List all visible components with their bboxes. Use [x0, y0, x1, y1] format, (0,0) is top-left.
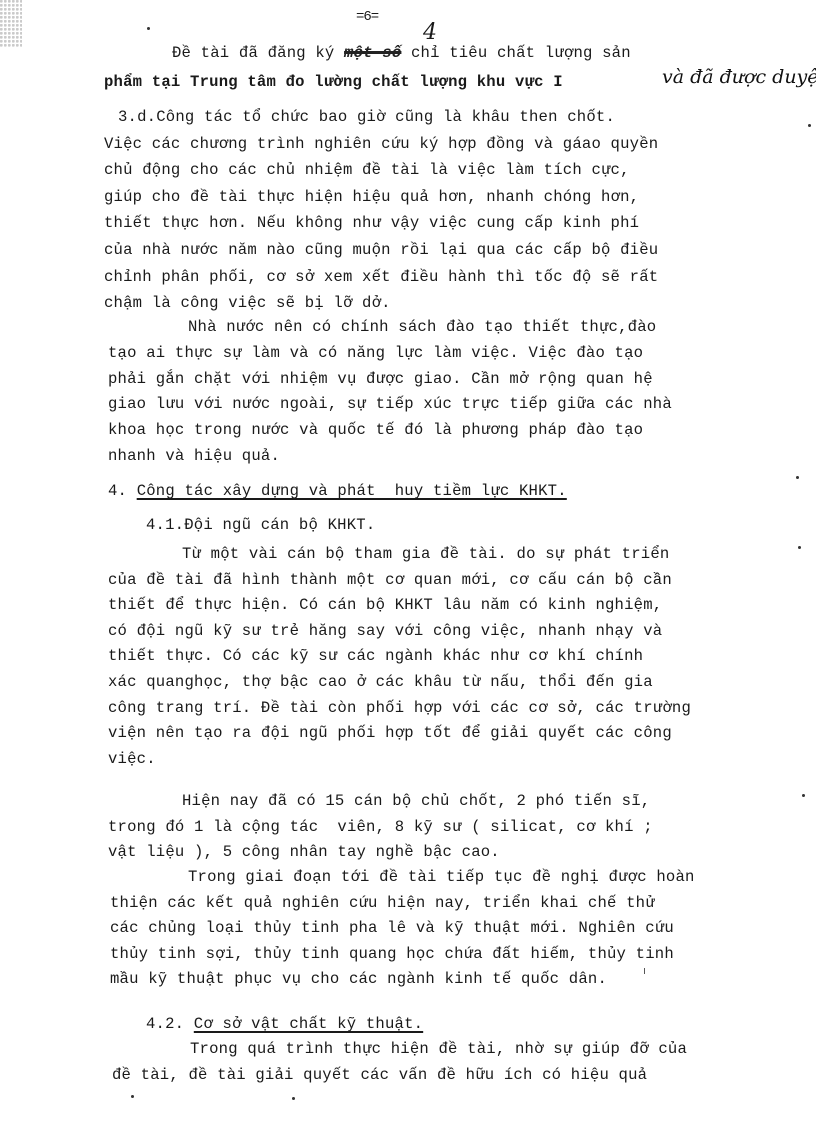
speck: [292, 1097, 295, 1100]
text-line: thiết thực hơn. Nếu không như vậy việc c…: [104, 214, 639, 232]
speck: [796, 476, 799, 479]
text-line: phải gắn chặt với nhiệm vụ được giao. Cầ…: [108, 370, 653, 388]
handwritten-annotation: và đã được duyệt: [662, 66, 816, 88]
text-line: có đội ngũ kỹ sư trẻ hăng say với công v…: [108, 622, 662, 640]
section-4-2-title: Cơ sở vật chất kỹ thuật.: [194, 1015, 423, 1033]
text-line: của đề tài đã hình thành một cơ quan mới…: [108, 571, 672, 589]
text-line: thiện các kết quả nghiên cứu hiện nay, t…: [110, 894, 655, 912]
text-line: chủ động cho các chủ nhiệm đề tài là việ…: [104, 161, 630, 179]
intro-text-a: Đề tài đã đăng ký: [172, 44, 344, 62]
speck: [802, 794, 805, 797]
text-line: Việc các chương trình nghiên cứu ký hợp …: [104, 135, 658, 153]
text-line: chỉnh phân phối, cơ sở xem xết điều hành…: [104, 268, 658, 286]
document-page: =6= 4 Đề tài đã đăng ký một số chỉ tiêu …: [0, 0, 816, 1123]
text-line: Từ một vài cán bộ tham gia đề tài. do sự…: [182, 545, 669, 563]
text-line: đề tài, đề tài giải quyết các vấn đề hữu…: [112, 1066, 647, 1084]
text-line: Trong quá trình thực hiện đề tài, nhờ sự…: [190, 1040, 687, 1058]
speck: [798, 546, 801, 549]
text-line: tạo ai thực sự làm và có năng lực làm vi…: [108, 344, 643, 362]
text-line: thiết để thực hiện. Có cán bộ KHKT lâu n…: [108, 596, 662, 614]
text-line: Nhà nước nên có chính sách đào tạo thiết…: [188, 318, 656, 336]
text-line: khoa học trong nước và quốc tế đó là phư…: [108, 421, 643, 439]
text-line: việc.: [108, 750, 156, 768]
intro-text-b: chỉ tiêu chất lượng sản: [401, 44, 630, 62]
section-4-2-number: 4.2.: [146, 1015, 194, 1033]
text-line: thiết thực. Có các kỹ sư các ngành khác …: [108, 647, 643, 665]
section-4-number: 4.: [108, 482, 137, 500]
text-line: nhanh và hiệu quả.: [108, 447, 280, 465]
text-line: 3.d.Công tác tổ chức bao giờ cũng là khâ…: [118, 108, 615, 126]
text-line: vật liệu ), 5 công nhân tay nghề bậc cao…: [108, 843, 500, 861]
speck: [147, 27, 150, 30]
handwritten-page-mark: 4: [423, 20, 437, 45]
text-line: công trang trí. Đề tài còn phối hợp với …: [108, 699, 691, 717]
text-line: trong đó 1 là cộng tác viên, 8 kỹ sư ( s…: [108, 818, 653, 836]
text-line: Trong giai đoạn tới đề tài tiếp tục đề n…: [188, 868, 695, 886]
text-line: của nhà nước năm nào cũng muộn rồi lại q…: [104, 241, 658, 259]
struck-out-text: một số: [344, 44, 401, 62]
text-line: chậm là công việc sẽ bị lỡ dở.: [104, 294, 391, 312]
text-line: giao lưu với nước ngoài, sự tiếp xúc trự…: [108, 395, 672, 413]
section-4-title: Công tác xây dựng và phát huy tiềm lực K…: [137, 482, 567, 500]
text-line: mầu kỹ thuật phục vụ cho các ngành kinh …: [110, 970, 607, 988]
text-line: các chủng loại thủy tinh pha lê và kỹ th…: [110, 919, 674, 937]
text-line: viện nên tạo ra đội ngũ phối hợp tốt để …: [108, 724, 672, 742]
speck: [644, 968, 645, 974]
text-line: giúp cho đề tài thực hiện hiệu quả hơn, …: [104, 188, 639, 206]
scan-artifact: [0, 0, 22, 48]
speck: [131, 1095, 134, 1098]
page-number: =6=: [356, 9, 378, 25]
text-line: Hiện nay đã có 15 cán bộ chủ chốt, 2 phó…: [182, 792, 650, 810]
speck: [808, 124, 811, 127]
section-4-heading: 4. Công tác xây dựng và phát huy tiềm lự…: [108, 482, 567, 500]
intro-line-1: Đề tài đã đăng ký một số chỉ tiêu chất l…: [172, 44, 631, 62]
section-4-2-heading: 4.2. Cơ sở vật chất kỹ thuật.: [146, 1015, 423, 1033]
text-line: thủy tinh sợi, thủy tinh quang học chứa …: [110, 945, 674, 963]
section-4-1-heading: 4.1.Đội ngũ cán bộ KHKT.: [146, 516, 375, 534]
intro-line-2: phẩm tại Trung tâm đo lường chất lượng k…: [104, 73, 563, 91]
text-line: xác quanghọc, thợ bậc cao ở các khâu từ …: [108, 673, 653, 691]
